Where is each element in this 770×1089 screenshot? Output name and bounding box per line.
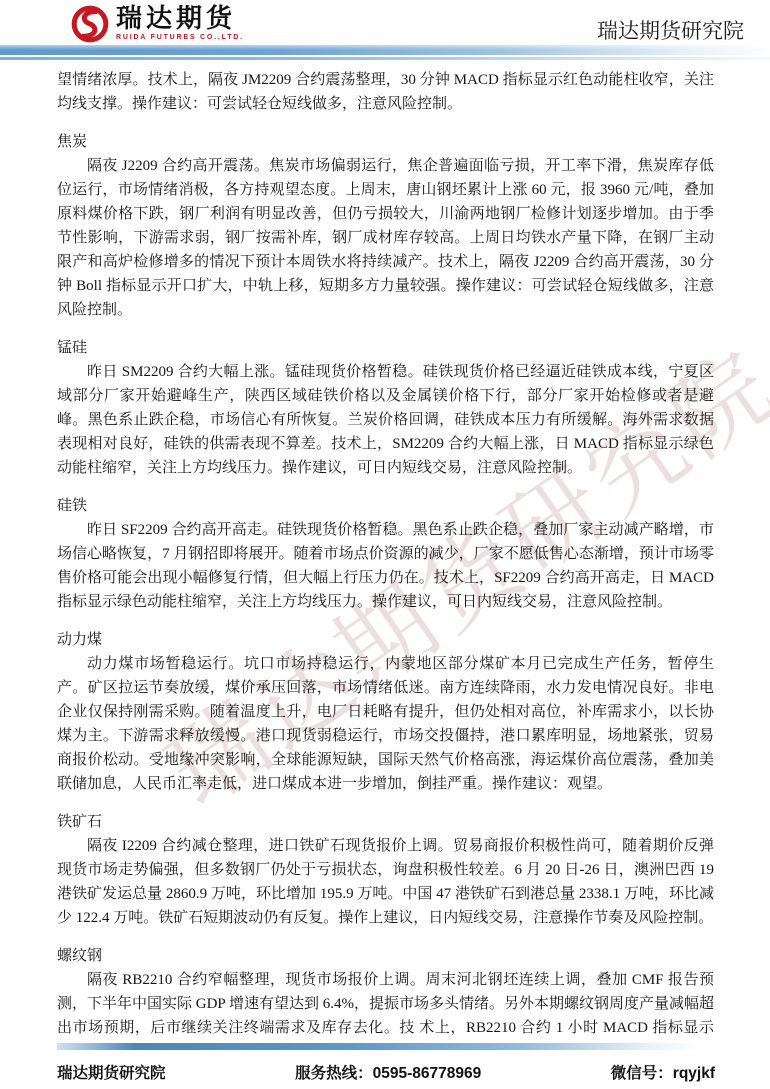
section-body-silicomanganese: 昨日 SM2209 合约大幅上涨。锰硅现货价格暂稳。硅铁现货价格已经逼近硅铁成本… — [57, 360, 714, 480]
institute-title: 瑞达期货研究院 — [597, 20, 744, 44]
intro-paragraph: 望情绪浓厚。技术上，隔夜 JM2209 合约震荡整理，30 分钟 MACD 指标… — [57, 68, 714, 116]
ruida-swirl-icon — [70, 4, 110, 44]
section-body-ferrosilicon: 昨日 SF2209 合约高开高走。硅铁现货价格暂稳。黑色系止跌企稳，叠加厂家主动… — [57, 518, 714, 614]
brand-name-cn: 瑞达期货 — [116, 4, 244, 32]
footer-hotline: 服务热线：0595-86778969 — [295, 1061, 481, 1083]
header-bar-main — [0, 45, 770, 55]
footer-hotline-number: 0595-86778969 — [373, 1065, 482, 1082]
section-title-silicomanganese: 锰硅 — [57, 336, 714, 360]
footer-divider-bar — [57, 1043, 702, 1050]
footer-institute: 瑞达期货研究院 — [57, 1061, 166, 1083]
page-header: 瑞达期货 RUIDA FUTURES CO.,LTD. 瑞达期货研究院 — [0, 0, 770, 45]
section-body-iron-ore: 隔夜 I2209 合约减仓整理，进口铁矿石现货报价上调。贸易商报价积极性尚可，随… — [57, 834, 714, 930]
header-divider — [0, 45, 770, 60]
brand-name-en: RUIDA FUTURES CO.,LTD. — [116, 34, 244, 42]
section-title-thermal-coal: 动力煤 — [57, 628, 714, 652]
footer-wechat: 微信号：rqyjkf — [611, 1061, 715, 1083]
footer-hotline-label: 服务热线： — [295, 1065, 373, 1082]
section-title-iron-ore: 铁矿石 — [57, 810, 714, 834]
report-page: 瑞达期货 RUIDA FUTURES CO.,LTD. 瑞达期货研究院 瑞达期货… — [0, 0, 770, 1089]
section-body-thermal-coal: 动力煤市场暂稳运行。坑口市场持稳运行，内蒙地区部分煤矿本月已完成生产任务，暂停生… — [57, 652, 714, 796]
logo-text: 瑞达期货 RUIDA FUTURES CO.,LTD. — [116, 4, 244, 42]
section-body-coke: 隔夜 J2209 合约高开震荡。焦炭市场偏弱运行，焦企普遍面临亏损，开工率下滑，… — [57, 154, 714, 322]
section-title-coke: 焦炭 — [57, 130, 714, 154]
footer-wechat-label: 微信号： — [611, 1065, 673, 1082]
footer-wechat-id: rqyjkf — [673, 1065, 715, 1082]
company-logo: 瑞达期货 RUIDA FUTURES CO.,LTD. — [70, 4, 244, 44]
footer-row: 瑞达期货研究院 服务热线：0595-86778969 微信号：rqyjkf — [0, 1050, 770, 1083]
section-title-rebar: 螺纹钢 — [57, 944, 714, 968]
report-content: 望情绪浓厚。技术上，隔夜 JM2209 合约震荡整理，30 分钟 MACD 指标… — [0, 60, 770, 1064]
page-footer: 瑞达期货研究院 服务热线：0595-86778969 微信号：rqyjkf — [0, 1043, 770, 1089]
section-title-ferrosilicon: 硅铁 — [57, 494, 714, 518]
